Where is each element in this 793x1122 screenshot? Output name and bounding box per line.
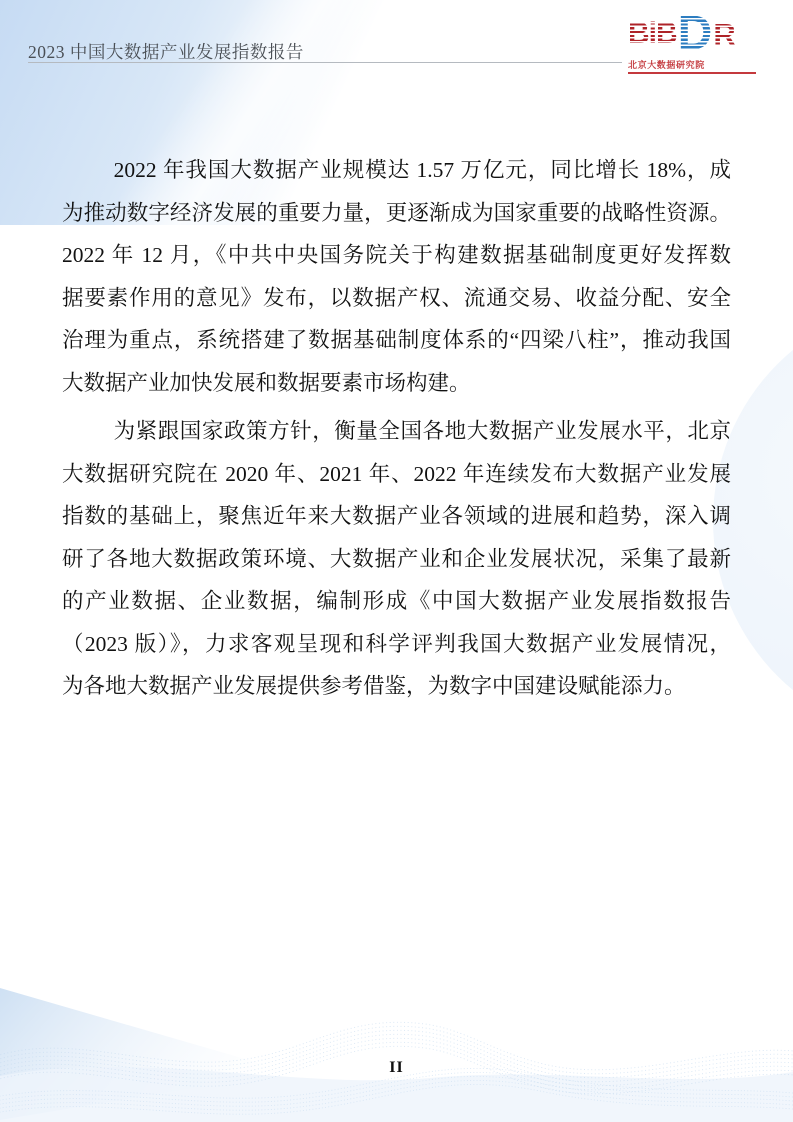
bottom-wave-decoration xyxy=(0,980,793,1122)
text-line: 研了各地大数据政策环境、大数据产业和企业发展状况，采集了最新 xyxy=(62,538,731,581)
bibdr-logo: BiB D R 北京大数据研究院 xyxy=(628,12,756,74)
text-line: （2023 版）》，力求客观呈现和科学评判我国大数据产业发展情况， xyxy=(62,623,731,666)
text-line: 据要素作用的意见》发布，以数据产权、流通交易、收益分配、安全 xyxy=(62,277,731,320)
report-page: { "header": { "title": "2023 中国大数据产业发展指数… xyxy=(0,0,793,1122)
text-line: 大数据产业加快发展和数据要素市场构建。 xyxy=(62,362,731,405)
header-divider xyxy=(28,62,622,63)
logo-text-bib: BiB xyxy=(628,19,677,49)
logo-text-r: R xyxy=(713,19,735,50)
text-line: 治理为重点，系统搭建了数据基础制度体系的“四梁八柱”，推动我国 xyxy=(62,319,731,362)
text-line: 指数的基础上，聚焦近年来大数据产业各领域的进展和趋势，深入调 xyxy=(62,495,731,538)
logo-text-d: D xyxy=(678,12,713,56)
paragraph-1: 2022 年我国大数据产业规模达 1.57 万亿元，同比增长 18%，成 为推动… xyxy=(62,149,731,404)
paragraph-2: 为紧跟国家政策方针，衡量全国各地大数据产业发展水平，北京 大数据研究院在 202… xyxy=(62,410,731,708)
text-line: 2022 年我国大数据产业规模达 1.57 万亿元，同比增长 18%，成 xyxy=(62,149,731,192)
bibdr-logo-letters: BiB D R xyxy=(628,12,756,56)
logo-subtitle: 北京大数据研究院 xyxy=(628,58,756,74)
document-body: 2022 年我国大数据产业规模达 1.57 万亿元，同比增长 18%，成 为推动… xyxy=(62,149,731,708)
text-line: 为推动数字经济发展的重要力量，更逐渐成为国家重要的战略性资源。 xyxy=(62,192,731,235)
page-number: II xyxy=(0,1059,793,1077)
text-line: 的产业数据、企业数据，编制形成《中国大数据产业发展指数报告 xyxy=(62,580,731,623)
text-line: 2022 年 12 月，《中共中央国务院关于构建数据基础制度更好发挥数 xyxy=(62,234,731,277)
text-line: 大数据研究院在 2020 年、2021 年、2022 年连续发布大数据产业发展 xyxy=(62,453,731,496)
page-title: 2023 中国大数据产业发展指数报告 xyxy=(28,39,304,64)
text-line: 为各地大数据产业发展提供参考借鉴，为数字中国建设赋能添力。 xyxy=(62,665,731,708)
text-line: 为紧跟国家政策方针，衡量全国各地大数据产业发展水平，北京 xyxy=(62,410,731,453)
